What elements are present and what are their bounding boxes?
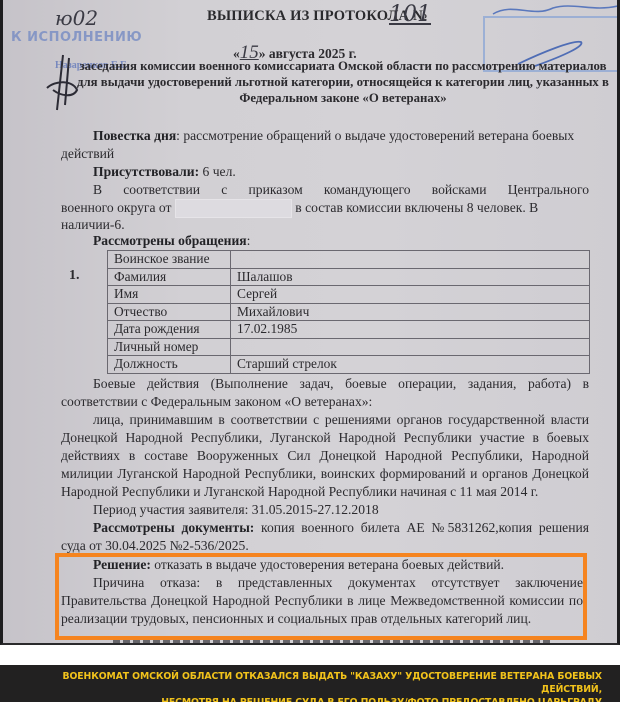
field-label: Отчество — [108, 303, 231, 321]
agenda-paragraph: Повестка дня: рассмотрение обращений о в… — [61, 127, 589, 163]
field-label: Личный номер — [108, 338, 231, 356]
applicant-table: Воинское званиеФамилияШалашовИмяСергейОт… — [107, 250, 590, 374]
handwritten-note: ю02 — [55, 6, 98, 30]
documents-paragraph: Рассмотрены документы: копия военного би… — [61, 519, 589, 555]
field-label: Воинское звание — [108, 251, 231, 269]
field-value — [231, 251, 590, 269]
photo-caption: ВОЕНКОМАТ ОМСКОЙ ОБЛАСТИ ОТКАЗАЛСЯ ВЫДАТ… — [0, 665, 620, 702]
present-paragraph: Присутствовали: 6 чел. — [93, 163, 236, 181]
field-value: Михайлович — [231, 303, 590, 321]
caption-line-1: ВОЕНКОМАТ ОМСКОЙ ОБЛАСТИ ОТКАЗАЛСЯ ВЫДАТ… — [0, 670, 602, 696]
agenda-label: Повестка дня — [93, 128, 176, 143]
field-label: Фамилия — [108, 268, 231, 286]
field-label: Имя — [108, 286, 231, 304]
field-value — [231, 338, 590, 356]
protocol-number: 101 — [389, 2, 431, 27]
table-row: ОтчествоМихайлович — [108, 303, 590, 321]
table-row: Воинское звание — [108, 251, 590, 269]
considered-heading: Рассмотрены обращения: — [93, 232, 250, 250]
table-row: Личный номер — [108, 338, 590, 356]
redacted-date — [175, 199, 292, 218]
field-value: 17.02.1985 — [231, 321, 590, 339]
document-photo: ю02 К ИСПОЛНЕНИЮ Назаренков Е.Е. ВЫПИСКА… — [0, 0, 620, 645]
cut-off-text-line — [113, 640, 553, 645]
order-line-1: В соответствии с приказом командующего в… — [93, 181, 589, 199]
highlight-box — [55, 553, 587, 640]
document-subtitle: заседания комиссии военного комиссариата… — [73, 58, 613, 106]
period-paragraph: Период участия заявителя: 31.05.2015-27.… — [93, 501, 379, 519]
order-line-2: военного округа от в состав комиссии вкл… — [61, 199, 589, 218]
field-label: Дата рождения — [108, 321, 231, 339]
combat-paragraph: Боевые действия (Выполнение задач, боевы… — [61, 375, 589, 411]
execution-stamp: К ИСПОЛНЕНИЮ — [11, 30, 142, 45]
item-number: 1. — [69, 268, 80, 284]
persons-paragraph: лица, принимавшим в соответствии с решен… — [61, 411, 589, 501]
table-row: Дата рождения17.02.1985 — [108, 321, 590, 339]
field-value: Старший стрелок — [231, 356, 590, 374]
field-label: Должность — [108, 356, 231, 374]
field-value: Сергей — [231, 286, 590, 304]
table-row: ДолжностьСтарший стрелок — [108, 356, 590, 374]
caption-line-2: НЕСМОТРЯ НА РЕШЕНИЕ СУДА В ЕГО ПОЛЬЗУ/ФО… — [0, 696, 602, 702]
table-row: ИмяСергей — [108, 286, 590, 304]
table-row: ФамилияШалашов — [108, 268, 590, 286]
field-value: Шалашов — [231, 268, 590, 286]
